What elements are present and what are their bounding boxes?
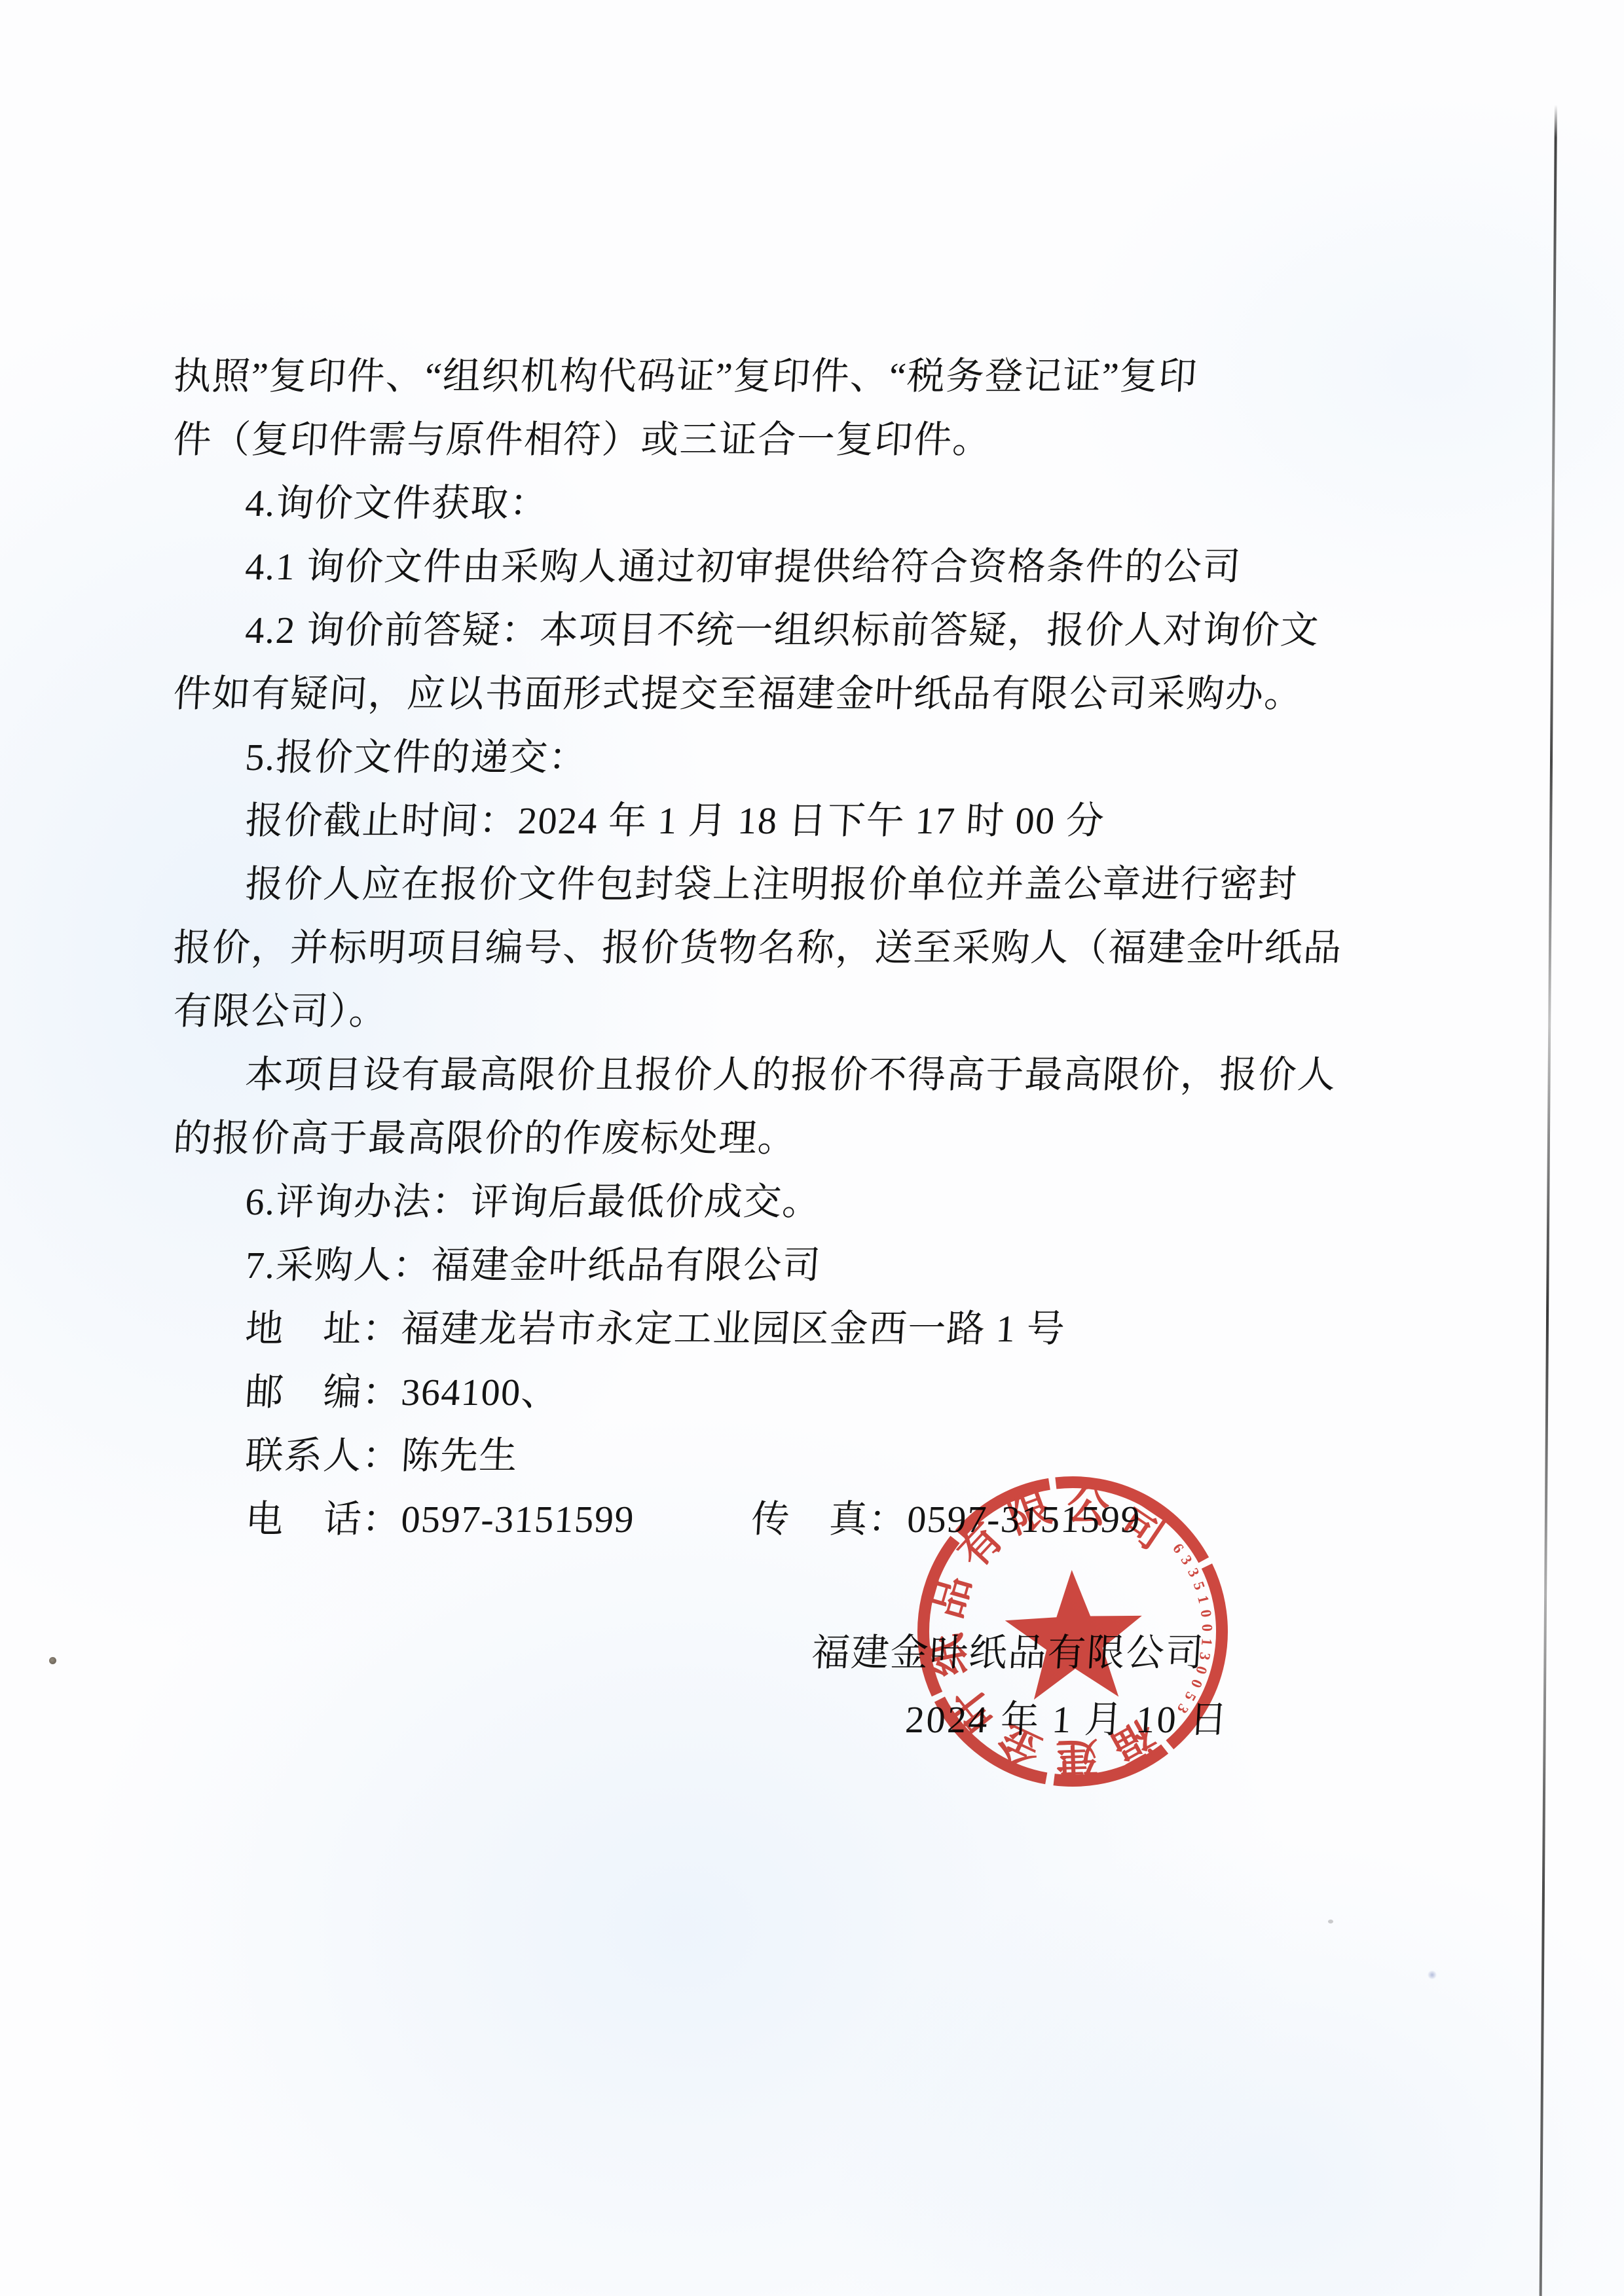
signature-date: 2024 年 1 月 10 日 <box>904 1684 1231 1747</box>
body-line: 联系人：陈先生 <box>0 1420 1624 1484</box>
body-line: 执照”复印件、“组织机构代码证”复印件、“税务登记证”复印 <box>0 340 1624 404</box>
body-line: 本项目设有最高限价且报价人的报价不得高于最高限价，报价人 <box>0 1039 1624 1102</box>
body-line: 7.采购人：福建金叶纸品有限公司 <box>0 1230 1624 1293</box>
scanned-document-page: { "document": { "colors": { "ink": "#141… <box>0 0 1624 2296</box>
body-line: 报价截止时间：2024 年 1 月 18 日下午 17 时 00 分 <box>0 785 1624 848</box>
signature-company: 福建金叶纸品有限公司 <box>810 1617 1207 1681</box>
body-line: 的报价高于最高限价的作废标处理。 <box>0 1102 1624 1166</box>
blue-speck <box>1428 1971 1437 1979</box>
body-line: 4.询价文件获取： <box>0 467 1624 531</box>
body-line: 报价，并标明项目编号、报价货物名称，送至采购人（福建金叶纸品 <box>0 912 1624 975</box>
body-line: 邮 编：364100、 <box>0 1357 1624 1420</box>
body-line: 4.2 询价前答疑：本项目不统一组织标前答疑，报价人对询价文 <box>0 594 1624 658</box>
seal-serial-digit: 3 <box>1184 1565 1202 1580</box>
body-line: 4.1 询价文件由采购人通过初审提供给符合资格条件的公司 <box>0 531 1624 594</box>
seal-serial-digit: 3 <box>1177 1552 1196 1568</box>
body-line: 报价人应在报价文件包封袋上注明报价单位并盖公章进行密封 <box>0 848 1624 912</box>
body-line: 电 话：0597-3151599 传 真：0597-3151599 <box>0 1484 1624 1547</box>
seal-serial-digit: 1 <box>1194 1594 1212 1605</box>
body-line: 5.报价文件的递交： <box>0 721 1624 785</box>
body-line: 地 址：福建龙岩市永定工业园区金西一路 1 号 <box>0 1293 1624 1357</box>
body-line: 件（复印件需与原件相符）或三证合一复印件。 <box>0 404 1624 467</box>
seal-serial-digit: 5 <box>1190 1579 1208 1592</box>
seal-arc-char: 品 <box>913 1567 983 1624</box>
ink-speck <box>49 1657 56 1664</box>
body-line: 有限公司）。 <box>0 975 1624 1039</box>
gray-speck <box>1328 1920 1333 1923</box>
body-line: 6.评询办法：评询后最低价成交。 <box>0 1166 1624 1230</box>
document-body: 执照”复印件、“组织机构代码证”复印件、“税务登记证”复印件（复印件需与原件相符… <box>0 340 1624 1547</box>
body-line: 件如有疑问，应以书面形式提交至福建金叶纸品有限公司采购办。 <box>0 658 1624 721</box>
